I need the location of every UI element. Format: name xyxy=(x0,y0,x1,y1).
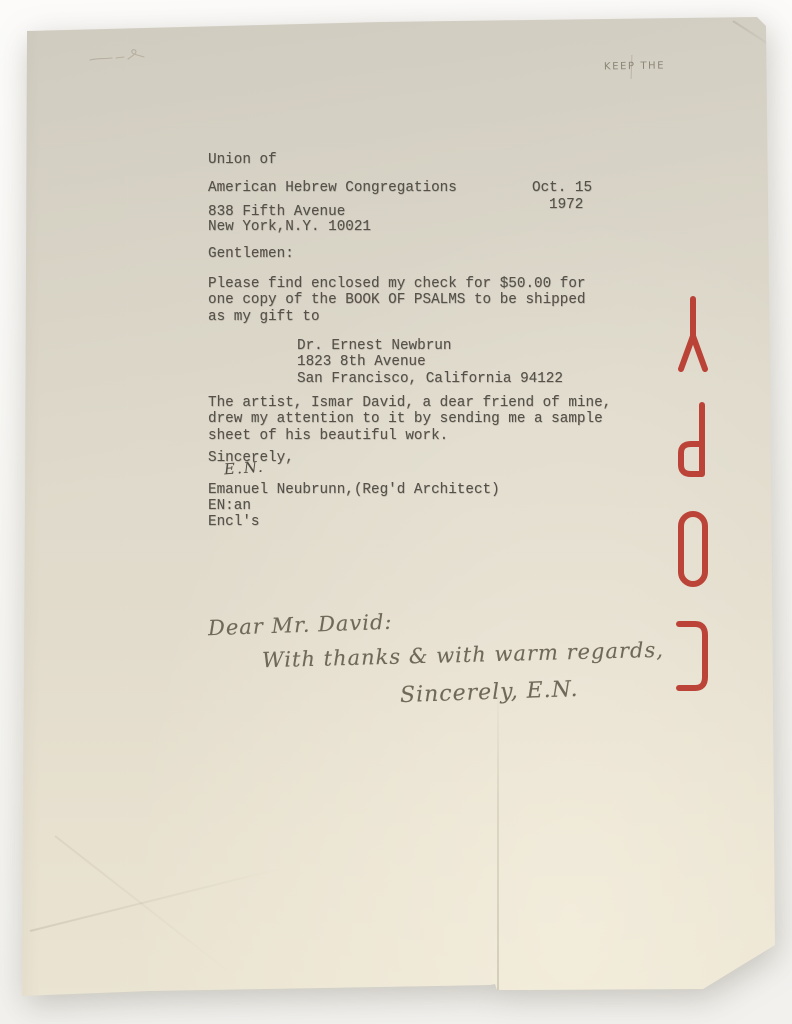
pencil-scribble-mark xyxy=(88,48,150,66)
ship-to-line-2: 1823 8th Avenue xyxy=(297,354,426,370)
recipient-line-4: New York,N.Y. 10021 xyxy=(208,219,371,235)
recipient-line-1: Union of xyxy=(208,152,277,168)
signature-name: Emanuel Neubrunn,(Reg'd Architect) xyxy=(208,482,500,498)
stamp-letter-o-icon xyxy=(676,509,710,589)
date-line-2: 1972 xyxy=(549,197,583,213)
handwritten-note-line-2: With thanks & with warm regards, xyxy=(262,638,664,673)
stamp-letter-y-icon xyxy=(676,294,710,374)
typist-reference: EN:an xyxy=(208,498,251,514)
letter-paper: KEEP THE Union of American Hebrew Congre… xyxy=(0,0,792,1024)
pencil-note: KEEP THE xyxy=(604,60,665,72)
recipient-line-2: American Hebrew Congregations xyxy=(208,180,457,196)
paper-crease-left-diagonal xyxy=(54,835,236,978)
stamp-letter-p-icon xyxy=(676,401,710,481)
ship-to-line-1: Dr. Ernest Newbrun xyxy=(297,338,451,354)
body-paragraph1-line-1: Please find enclosed my check for $50.00… xyxy=(208,276,586,292)
paper-crease-bottom-left xyxy=(30,867,283,932)
photo-backdrop: KEEP THE Union of American Hebrew Congre… xyxy=(0,0,792,1024)
ship-to-line-3: San Francisco, California 94122 xyxy=(297,371,563,387)
handwritten-note-line-3: Sincerely, E.N. xyxy=(400,677,579,708)
date-line-1: Oct. 15 xyxy=(532,180,592,196)
letter-paper-wrap: KEEP THE Union of American Hebrew Congre… xyxy=(0,0,792,1024)
enclosure-note: Encl's xyxy=(208,514,259,530)
handwritten-note-line-1: Dear Mr. David: xyxy=(208,610,393,640)
stamp-letter-c-icon xyxy=(676,616,710,696)
paper-crease-top-right xyxy=(732,20,773,48)
body-paragraph2-line-1: The artist, Ismar David, a dear friend o… xyxy=(208,395,611,411)
paper-crease-vertical xyxy=(497,680,499,990)
handwritten-initials: E.N. xyxy=(223,458,265,479)
body-paragraph2-line-2: drew my attention to it by sending me a … xyxy=(208,411,603,427)
body-paragraph1-line-2: one copy of the BOOK OF PSALMS to be shi… xyxy=(208,292,586,308)
salutation: Gentlemen: xyxy=(208,246,294,262)
copy-stamp: COPY xyxy=(670,294,716,696)
recipient-line-3: 838 Fifth Avenue xyxy=(208,204,345,220)
body-paragraph1-line-3: as my gift to xyxy=(208,309,320,325)
body-paragraph2-line-3: sheet of his beautiful work. xyxy=(208,428,448,444)
